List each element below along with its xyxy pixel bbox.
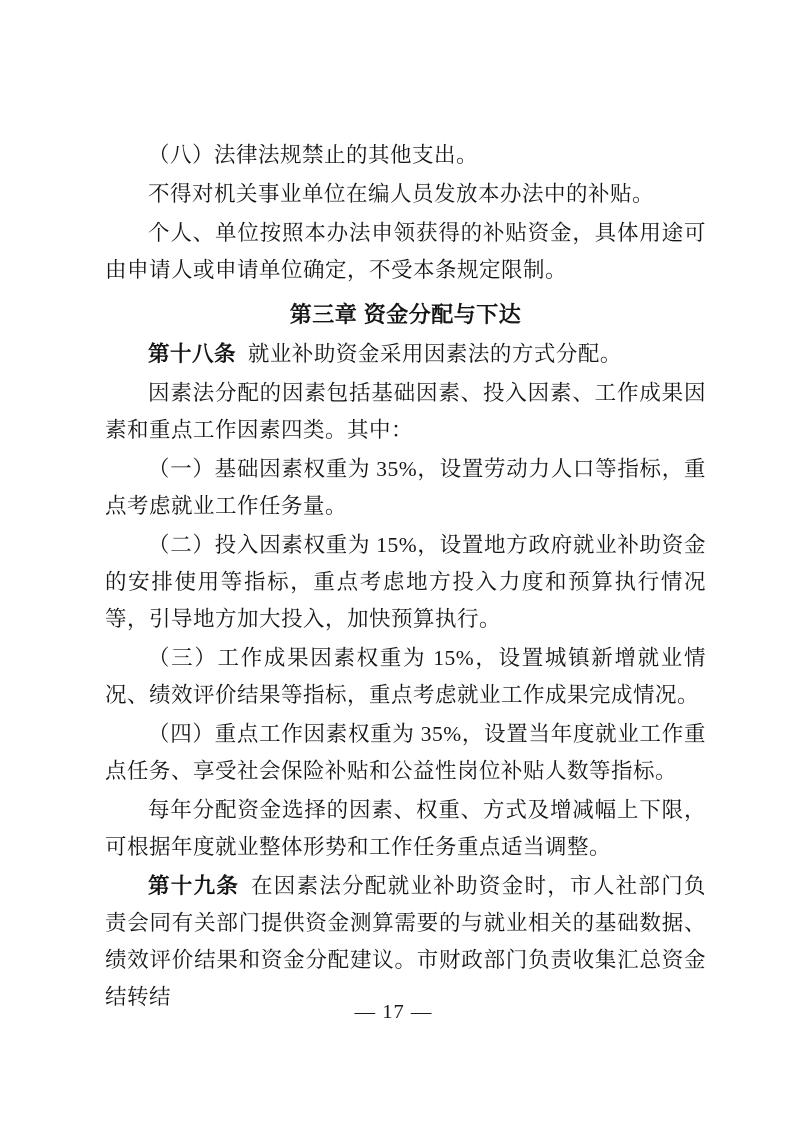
- article-18-number: 第十八条: [148, 342, 236, 366]
- paragraph-item-1-basic-factor: （一）基础因素权重为 35%，设置劳动力人口等指标，重点考虑就业工作任务量。: [105, 451, 706, 525]
- article-18-text: 就业补助资金采用因素法的方式分配。: [248, 342, 622, 366]
- paragraph-other-prohibited-expenses: （八）法律法规禁止的其他支出。: [105, 137, 706, 174]
- paragraph-subsidy-usage: 个人、单位按照本办法申领获得的补贴资金，具体用途可由申请人或申请单位确定，不受本…: [105, 215, 706, 289]
- paragraph-item-3-work-result-factor: （三）工作成果因素权重为 15%，设置城镇新增就业情况、绩效评价结果等指标，重点…: [105, 640, 706, 714]
- document-body: （八）法律法规禁止的其他支出。 不得对机关事业单位在编人员发放本办法中的补贴。 …: [105, 137, 706, 1018]
- page-number-footer: — 17 —: [0, 999, 787, 1025]
- paragraph-article-18: 第十八条就业补助资金采用因素法的方式分配。: [105, 336, 706, 373]
- paragraph-item-4-key-work-factor: （四）重点工作因素权重为 35%，设置当年度就业工作重点任务、享受社会保险补贴和…: [105, 716, 706, 790]
- document-page: （八）法律法规禁止的其他支出。 不得对机关事业单位在编人员发放本办法中的补贴。 …: [0, 0, 787, 1131]
- paragraph-annual-adjustment: 每年分配资金选择的因素、权重、方式及增减幅上下限，可根据年度就业整体形势和工作任…: [105, 792, 706, 866]
- paragraph-article-19: 第十九条在因素法分配就业补助资金时，市人社部门负责会同有关部门提供资金测算需要的…: [105, 868, 706, 1016]
- paragraph-no-subsidy-for-staff: 不得对机关事业单位在编人员发放本办法中的补贴。: [105, 176, 706, 213]
- paragraph-item-2-input-factor: （二）投入因素权重为 15%，设置地方政府就业补助资金的安排使用等指标，重点考虑…: [105, 527, 706, 638]
- article-19-number: 第十九条: [148, 874, 239, 898]
- chapter-heading: 第三章 资金分配与下达: [105, 296, 706, 333]
- paragraph-factor-categories: 因素法分配的因素包括基础因素、投入因素、工作成果因素和重点工作因素四类。其中：: [105, 375, 706, 449]
